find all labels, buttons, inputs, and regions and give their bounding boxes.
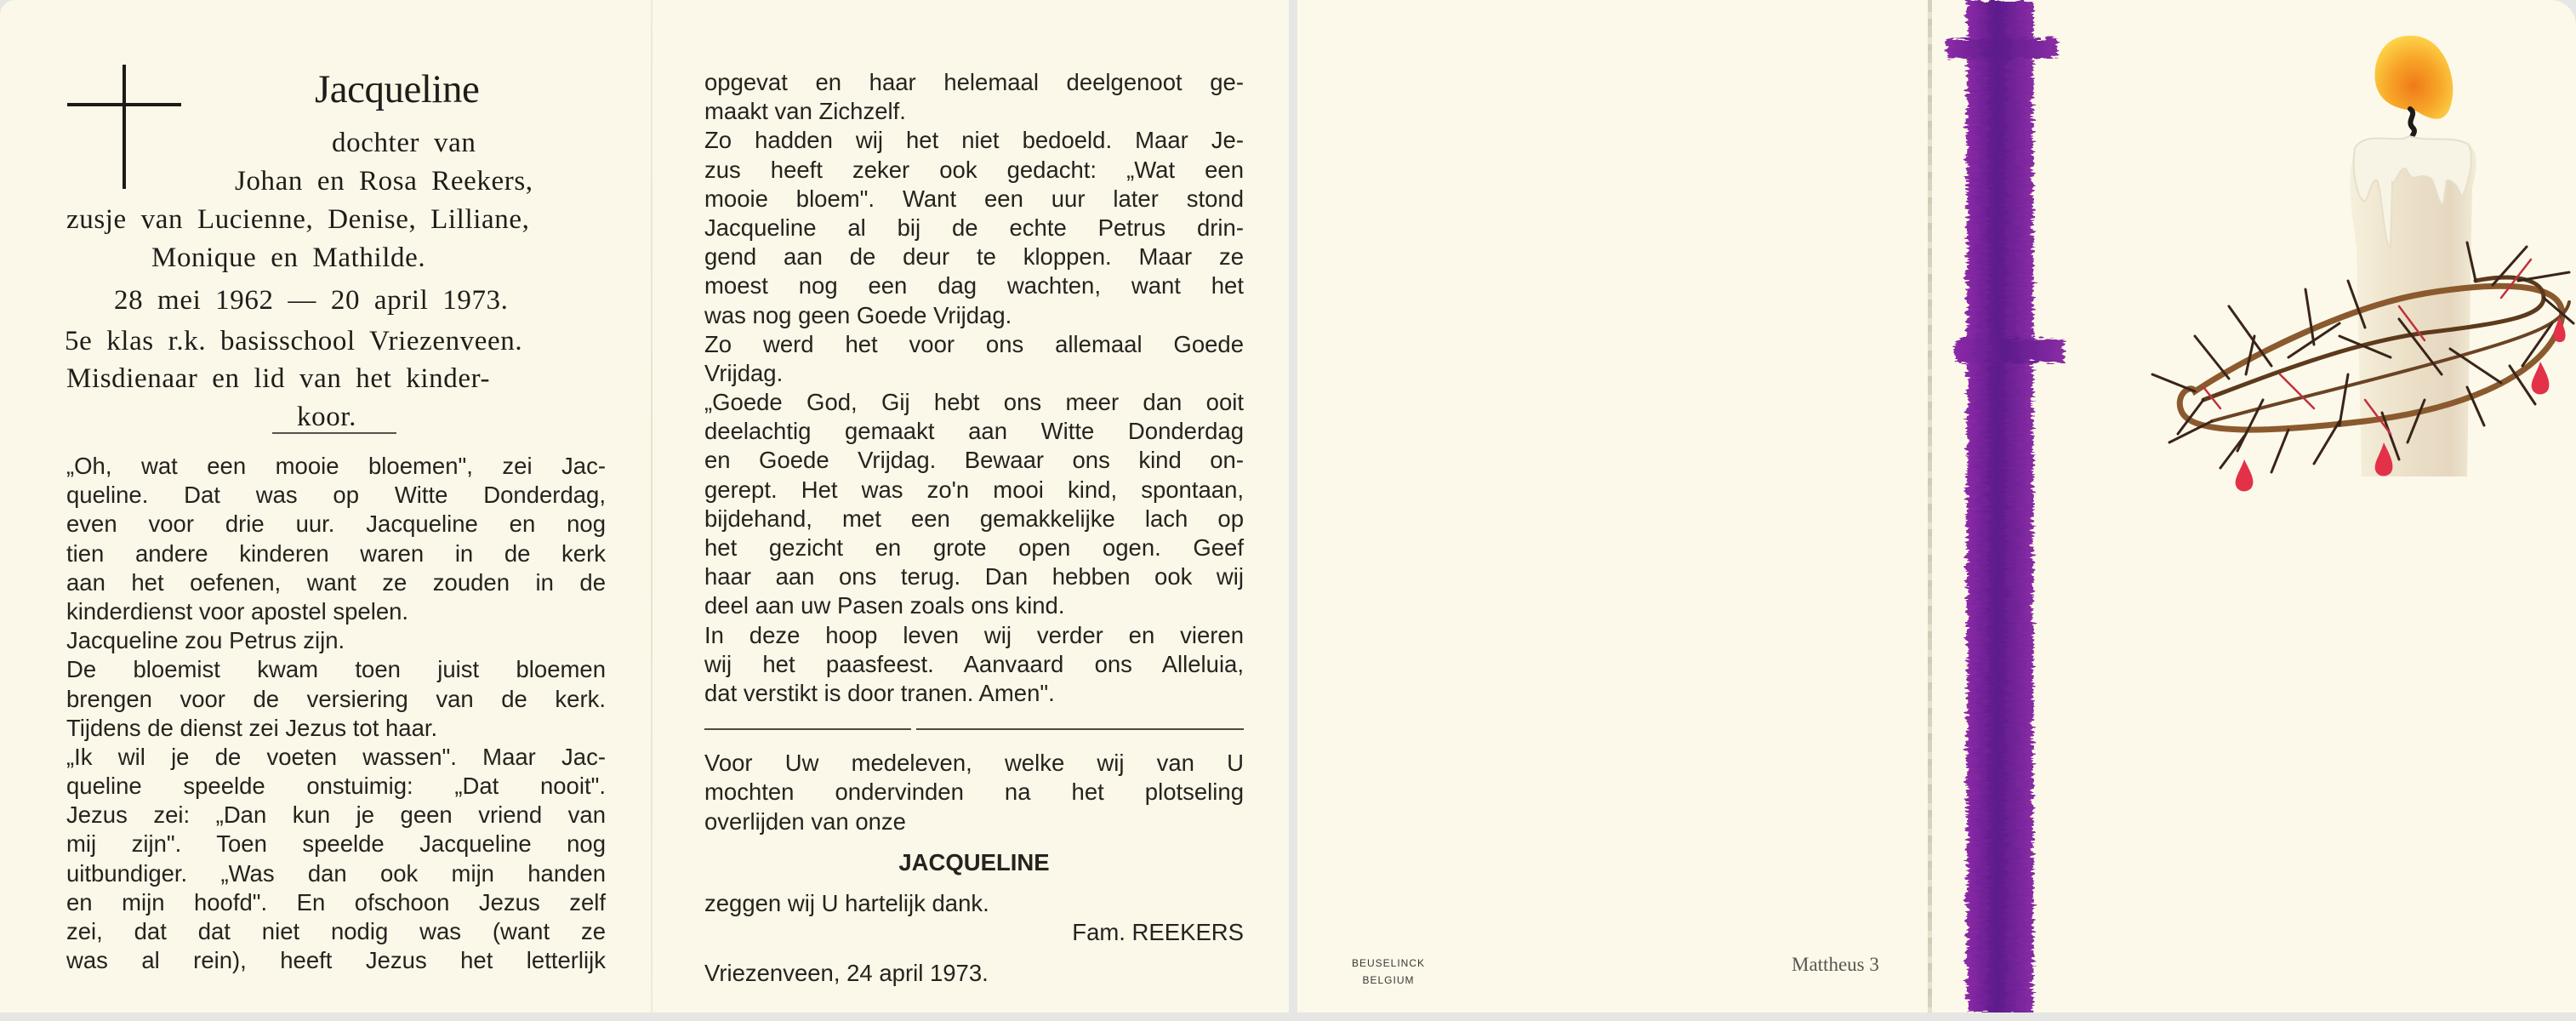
text-line: bijdehand, met een gemakkelijke lach op xyxy=(704,505,1244,533)
text-line: brengen voor de versiering van de kerk. xyxy=(66,685,606,714)
text-line: mooie bloem". Want een uur later stond xyxy=(704,185,1244,214)
text-line: „Goede God, Gij hebt ons meer dan ooit xyxy=(704,388,1244,417)
double-divider xyxy=(704,720,1244,749)
text-line: het gezicht en grote open ogen. Geef xyxy=(704,533,1244,562)
text-line: haar aan ons terug. Dan hebben ook wij xyxy=(704,562,1244,591)
text-line: wij het paasfeest. Aanvaard ons Alleluia… xyxy=(704,650,1244,679)
text-line: „Ik wil je de voeten wassen". Maar Jac- xyxy=(66,743,606,772)
text-line: Jezus zei: „Dan kun je geen vriend van xyxy=(66,801,606,830)
text-line: Jacqueline al bij de echte Petrus drin- xyxy=(704,214,1244,242)
printer-country: BELGIUM xyxy=(1337,972,1439,989)
text-line: Jacqueline zou Petrus zijn. xyxy=(66,626,606,655)
purple-stripe-icon xyxy=(1940,0,2067,1012)
text-line: maakt van Zichzelf. xyxy=(704,97,1244,126)
deceased-name-title: Jacqueline xyxy=(315,66,479,112)
text-line: queline speelde onstuimig: „Dat nooit". xyxy=(66,772,606,801)
text-line: De bloemist kwam toen juist bloemen xyxy=(66,655,606,684)
text-line: moest nog een dag wachten, want het xyxy=(704,271,1244,300)
header-line: dochter van xyxy=(332,128,476,159)
text-line: opgevat en haar helemaal deelgenoot ge- xyxy=(704,68,1244,97)
text-line: deel aan uw Pasen zoals ons kind. xyxy=(704,591,1244,620)
text-line: Zo werd het voor ons allemaal Goede xyxy=(704,330,1244,359)
text-line: tien andere kinderen waren in de kerk xyxy=(66,539,606,568)
candle-with-crown-of-thorns-illustration xyxy=(2144,0,2576,1012)
text-line: gerept. Het was zo'n mooi kind, spontaan… xyxy=(704,476,1244,505)
printer-name: BEUSELINCK xyxy=(1337,955,1439,972)
header-line: zusje van Lucienne, Denise, Lilliane, xyxy=(66,204,529,236)
spacer xyxy=(704,836,1244,848)
text-line: even voor drie uur. Jacqueline en nog xyxy=(66,510,606,539)
header-line: Misdienaar en lid van het kinder- xyxy=(66,363,490,395)
text-line: uitbundiger. „Was dan ook mijn handen xyxy=(66,859,606,888)
cross-icon xyxy=(123,65,126,189)
text-line: was al rein), heeft Jezus het letterlijk xyxy=(66,946,606,975)
text-line: Vriezenveen, 24 april 1973. xyxy=(704,959,1244,988)
text-line: Fam. REEKERS xyxy=(704,918,1244,947)
header-line: koor. xyxy=(297,402,356,433)
text-line: Voor Uw medeleven, welke wij van U xyxy=(704,749,1244,778)
text-line: Zo hadden wij het niet bedoeld. Maar Je- xyxy=(704,126,1244,155)
text-line: gend aan de deur te kloppen. Maar ze xyxy=(704,242,1244,271)
text-line: dat verstikt is door tranen. Amen". xyxy=(704,679,1244,708)
text-line: mochten ondervinden na het plotseling xyxy=(704,778,1244,807)
flame-icon xyxy=(2375,36,2453,119)
header-line: Monique en Mathilde. xyxy=(151,242,425,274)
panel2-body-text: opgevat en haar helemaal deelgenoot ge-m… xyxy=(704,68,1244,988)
text-line: In deze hoop leven wij verder en vieren xyxy=(704,621,1244,650)
spacer xyxy=(704,947,1244,959)
cross-icon-bar xyxy=(67,103,181,106)
panel1-body-text: „Oh, wat een mooie bloemen", zei Jac-que… xyxy=(66,452,606,975)
text-line: JACQUELINE xyxy=(704,848,1244,877)
spacer xyxy=(704,708,1244,720)
text-line: en mijn hoofd". En ofschoon Jezus zelf xyxy=(66,888,606,917)
text-line: queline. Dat was op Witte Donderdag, xyxy=(66,481,606,510)
fold-crease xyxy=(1928,0,1932,1012)
text-line: deelachtig gemaakt aan Witte Donderdag xyxy=(704,417,1244,446)
text-line: zus heeft zeker ook gedacht: „Wat een xyxy=(704,156,1244,185)
text-line: zeggen wij U hartelijk dank. xyxy=(704,889,1244,918)
header-line: Johan en Rosa Reekers, xyxy=(235,166,533,197)
text-line: en Goede Vrijdag. Bewaar ons kind on- xyxy=(704,446,1244,475)
text-line: overlijden van onze xyxy=(704,807,1244,836)
text-line: Vrijdag. xyxy=(704,359,1244,388)
text-line: aan het oefenen, want ze zouden in de xyxy=(66,568,606,597)
header-line: 5e klas r.k. basisschool Vriezenveen. xyxy=(65,326,522,357)
text-line: kinderdienst voor apostel spelen. xyxy=(66,597,606,626)
printer-mark: BEUSELINCK BELGIUM xyxy=(1337,955,1439,989)
scripture-reference: Mattheus 3 xyxy=(1792,954,1879,976)
text-line: „Oh, wat een mooie bloemen", zei Jac- xyxy=(66,452,606,481)
spacer xyxy=(704,877,1244,889)
life-dates: 28 mei 1962 — 20 april 1973. xyxy=(114,285,509,317)
divider xyxy=(272,432,396,434)
text-line: zei, dat dat niet nodig was (want ze xyxy=(66,917,606,946)
text-line: was nog geen Goede Vrijdag. xyxy=(704,301,1244,330)
text-line: mij zijn". Toen speelde Jacqueline nog xyxy=(66,830,606,858)
text-line: Tijdens de dienst zei Jezus tot haar. xyxy=(66,714,606,743)
fold-line xyxy=(651,0,653,1012)
